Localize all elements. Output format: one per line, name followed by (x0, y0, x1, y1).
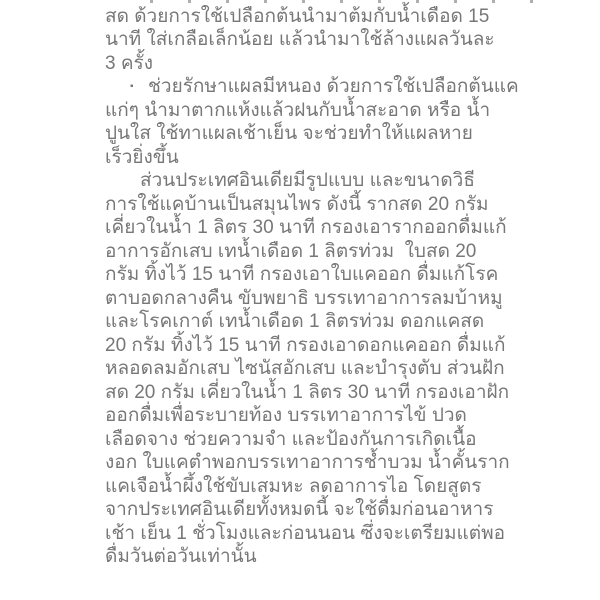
text-line: และโรคเกาต์ เทน้ำเดือด 1 ลิตรท่วม ดอกแคส… (105, 310, 505, 334)
text-line: ส่วนประเทศอินเดียมีรูปแบบ และขนาดวิธี (105, 169, 505, 193)
line-text: ส่วนประเทศอินเดียมีรูปแบบ และขนาดวิธี (140, 170, 475, 191)
line-text: และโรคเกาต์ เทน้ำเดือด 1 ลิตรท่วม ดอกแคส… (105, 311, 484, 332)
line-text: เคี่ยวในน้ำ 1 ลิตร 30 นาที กรองเอารากออก… (105, 217, 507, 238)
line-text: เร็วยิ่งขึ้น (105, 147, 179, 168)
line-text: แก่ๆ นำมาตากแห้งแล้วฝนกับน้ำสะอาด หรือ น… (105, 100, 490, 121)
text-line: กรัม ทิ้งไว้ 15 นาที กรองเอาใบแคออก ดื่ม… (105, 263, 505, 287)
text-line: 3 ครั้ง (105, 52, 505, 76)
text-line: 20 กรัม ทิ้งไว้ 15 นาที กรองเอาดอกแคออก … (105, 334, 505, 358)
line-text: 3 ครั้ง (105, 53, 153, 74)
line-text: สด 20 กรัม เคี่ยวในน้ำ 1 ลิตร 30 นาที กร… (105, 382, 509, 403)
text-line: เลือดจาง ช่วยความจำ และป้องกันการเกิดเนื… (105, 428, 505, 452)
text-line: สด 20 กรัม เคี่ยวในน้ำ 1 ลิตร 30 นาที กร… (105, 381, 505, 405)
text-line: แคเจือน้ำผึ้งใช้ขับเสมหะ ลดอาการไอ โดยสู… (105, 475, 505, 499)
text-line: เคี่ยวในน้ำ 1 ลิตร 30 นาที กรองเอารากออก… (105, 216, 505, 240)
line-text: เลือดจาง ช่วยความจำ และป้องกันการเกิดเนื… (105, 429, 477, 450)
line-text: ดื่มวันต่อวันเท่านั้น (105, 546, 257, 567)
text-line: เช้า เย็น 1 ชั่วโมงและก่อนนอน ซึ่งจะเตรี… (105, 522, 505, 546)
line-text: แคเจือน้ำผึ้งใช้ขับเสมหะ ลดอาการไอ โดยสู… (105, 476, 481, 497)
text-line: จากประเทศอินเดียทั้งหมดนี้ จะใช้ดื่มก่อน… (105, 498, 505, 522)
line-text: การใช้แคบ้านเป็นสมุนไพร ดังนี้ รากสด 20 … (105, 194, 489, 215)
text-line: การใช้แคบ้านเป็นสมุนไพร ดังนี้ รากสด 20 … (105, 193, 505, 217)
text-line: งอก ใบแคตำพอกบรรเทาอาการช้ำบวม น้ำคั้นรา… (105, 451, 505, 475)
line-text: ปูนใส ใช้ทาแผลเช้าเย็น จะช่วยทำให้แผลหาย (105, 123, 473, 144)
line-text: งอก ใบแคตำพอกบรรเทาอาการช้ำบวม น้ำคั้นรา… (105, 452, 510, 473)
bullet-icon: ▪ (130, 0, 148, 5)
bullet-list-line: ▪ใช้ทำเป็นยาล้างแผล หรือ ใช้ ชะล้างบาดแผ… (105, 0, 505, 5)
line-text: เช้า เย็น 1 ชั่วโมงและก่อนนอน ซึ่งจะเตรี… (105, 523, 505, 544)
text-line: ตาบอดกลางคืน ขับพยาธิ บรรเทาอาการลมบ้าหม… (105, 287, 505, 311)
bullet-icon: ▪ (130, 75, 148, 99)
line-text: หลอดลมอักเสบ ไซนัสอักเสบ และบำรุงตับ ส่ว… (105, 358, 505, 379)
article-text: ▪ใช้ทำเป็นยาล้างแผล หรือ ใช้ ชะล้างบาดแผ… (105, 0, 505, 569)
line-text: สด ด้วยการใช้เปลือกต้นนำมาต้มกับน้ำเดือด… (105, 6, 489, 27)
line-text: ออกดื่มเพื่อระบายท้อง บรรเทาอาการไข้ ปวด (105, 405, 467, 426)
line-text: จากประเทศอินเดียทั้งหมดนี้ จะใช้ดื่มก่อน… (105, 499, 493, 520)
text-line: ออกดื่มเพื่อระบายท้อง บรรเทาอาการไข้ ปวด (105, 404, 505, 428)
text-line: นาที ใส่เกลือเล็กน้อย แล้วนำมาใช้ล้างแผล… (105, 28, 505, 52)
line-text: ใช้ทำเป็นยาล้างแผล หรือ ใช้ ชะล้างบาดแผล (148, 0, 510, 3)
line-text: ตาบอดกลางคืน ขับพยาธิ บรรเทาอาการลมบ้าหม… (105, 288, 503, 309)
text-line: แก่ๆ นำมาตากแห้งแล้วฝนกับน้ำสะอาด หรือ น… (105, 99, 505, 123)
line-text: อาการอักเสบ เทน้ำเดือด 1 ลิตรท่วม ใบสด 2… (105, 241, 476, 262)
line-text: 20 กรัม ทิ้งไว้ 15 นาที กรองเอาดอกแคออก … (105, 335, 506, 356)
line-text: นาที ใส่เกลือเล็กน้อย แล้วนำมาใช้ล้างแผล… (105, 29, 495, 50)
text-line: หลอดลมอักเสบ ไซนัสอักเสบ และบำรุงตับ ส่ว… (105, 357, 505, 381)
line-text: กรัม ทิ้งไว้ 15 นาที กรองเอาใบแคออก ดื่ม… (105, 264, 498, 285)
text-line: ปูนใส ใช้ทาแผลเช้าเย็น จะช่วยทำให้แผลหาย (105, 122, 505, 146)
text-line: ดื่มวันต่อวันเท่านั้น (105, 545, 505, 569)
bullet-list-line: ▪ช่วยรักษาแผลมีหนอง ด้วยการใช้เปลือกต้นแ… (105, 75, 505, 99)
text-line: เร็วยิ่งขึ้น (105, 146, 505, 170)
text-line: อาการอักเสบ เทน้ำเดือด 1 ลิตรท่วม ใบสด 2… (105, 240, 505, 264)
text-line: สด ด้วยการใช้เปลือกต้นนำมาต้มกับน้ำเดือด… (105, 5, 505, 29)
line-text: ช่วยรักษาแผลมีหนอง ด้วยการใช้เปลือกต้นแค (148, 76, 519, 97)
